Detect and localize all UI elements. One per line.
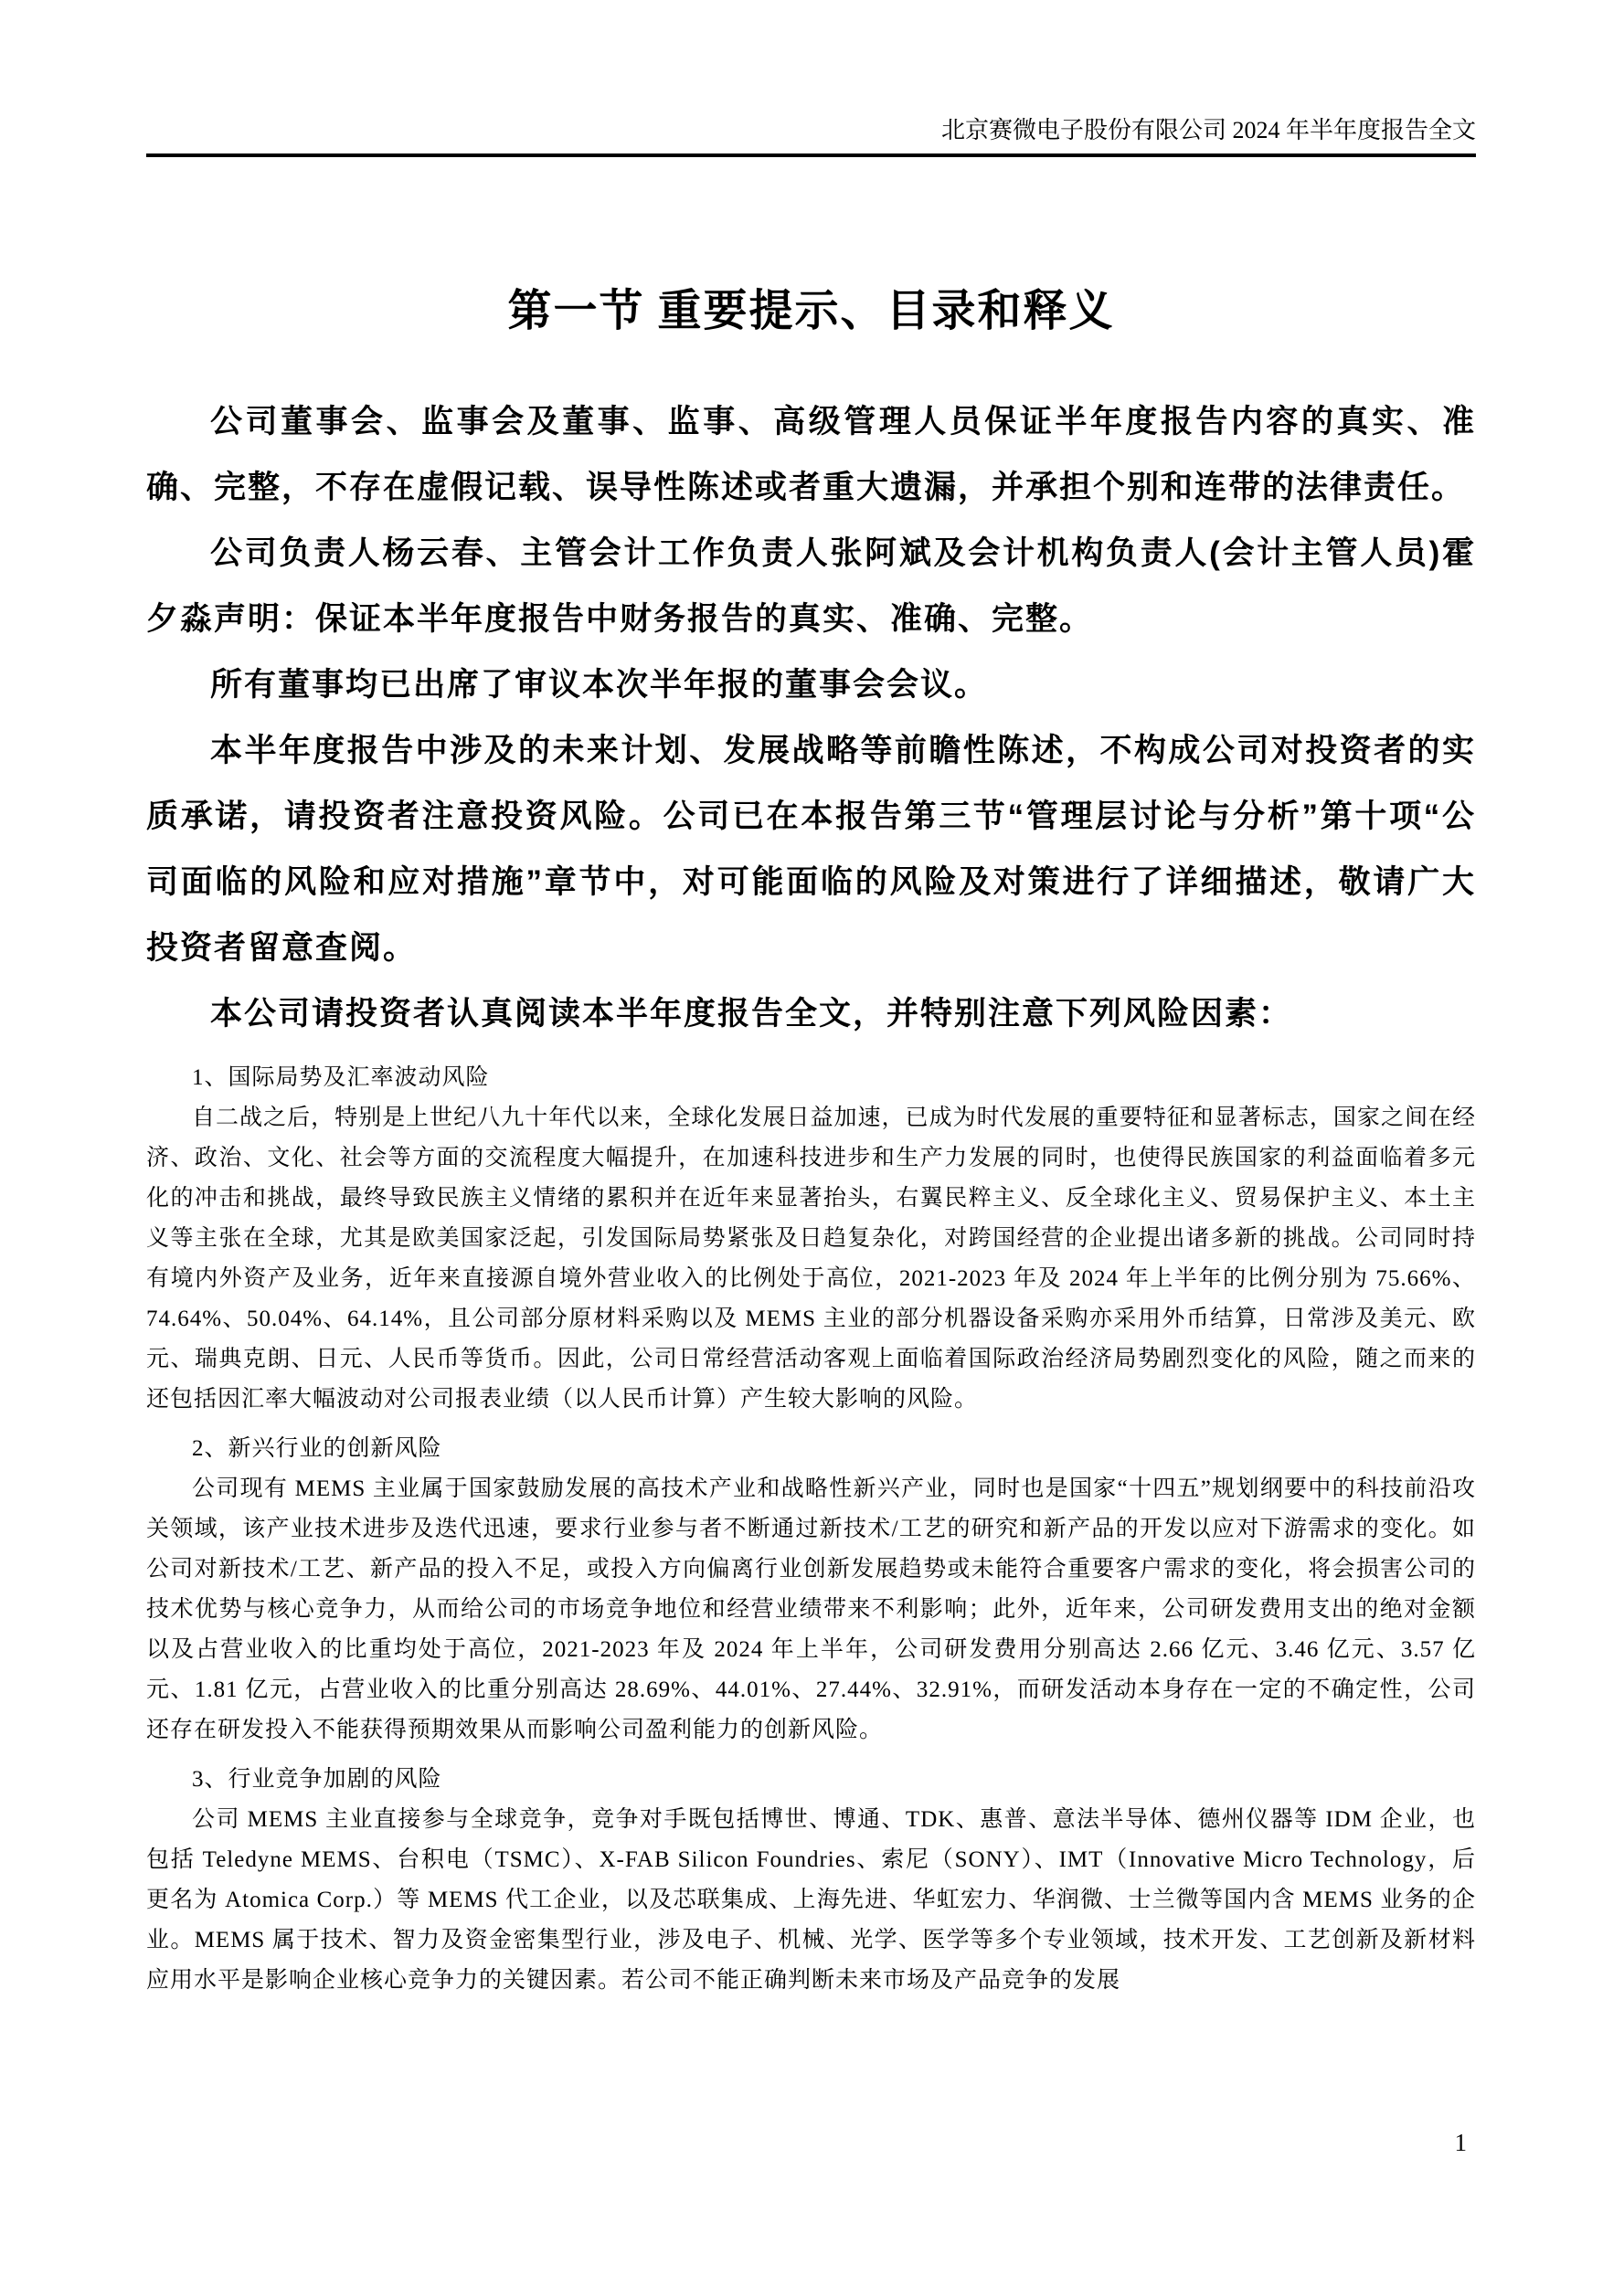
document-header: 北京赛微电子股份有限公司 2024 年半年度报告全文 [146,0,1476,146]
statement-paragraph: 所有董事均已出席了审议本次半年报的董事会会议。 [146,652,1476,718]
report-page: 北京赛微电子股份有限公司 2024 年半年度报告全文 第一节 重要提示、目录和释… [0,0,1624,2296]
header-rule [146,153,1476,157]
page-content: 北京赛微电子股份有限公司 2024 年半年度报告全文 第一节 重要提示、目录和释… [0,0,1624,2001]
risk-heading-2: 2、新兴行业的创新风险 [146,1429,1476,1469]
statement-paragraph: 本公司请投资者认真阅读本半年度报告全文，并特别注意下列风险因素： [146,981,1476,1047]
risk-block-1: 1、国际局势及汇率波动风险 自二战之后，特别是上世纪八九十年代以来，全球化发展日… [146,1058,1476,1420]
statement-paragraph: 公司董事会、监事会及董事、监事、高级管理人员保证半年度报告内容的真实、准确、完整… [146,389,1476,521]
risk-heading-3: 3、行业竞争加剧的风险 [146,1760,1476,1800]
risk-body-2: 公司现有 MEMS 主业属于国家鼓励发展的高技术产业和战略性新兴产业，同时也是国… [146,1469,1476,1751]
risk-factors-section: 1、国际局势及汇率波动风险 自二战之后，特别是上世纪八九十年代以来，全球化发展日… [146,1058,1476,2001]
section-title: 第一节 重要提示、目录和释义 [146,285,1476,338]
statements-section: 公司董事会、监事会及董事、监事、高级管理人员保证半年度报告内容的真实、准确、完整… [146,389,1476,1047]
statement-paragraph: 本半年度报告中涉及的未来计划、发展战略等前瞻性陈述，不构成公司对投资者的实质承诺… [146,718,1476,981]
risk-block-2: 2、新兴行业的创新风险 公司现有 MEMS 主业属于国家鼓励发展的高技术产业和战… [146,1429,1476,1751]
risk-body-1: 自二战之后，特别是上世纪八九十年代以来，全球化发展日益加速，已成为时代发展的重要… [146,1098,1476,1420]
page-number: 1 [1455,2129,1468,2157]
risk-body-3: 公司 MEMS 主业直接参与全球竞争，竞争对手既包括博世、博通、TDK、惠普、意… [146,1800,1476,2001]
risk-block-3: 3、行业竞争加剧的风险 公司 MEMS 主业直接参与全球竞争，竞争对手既包括博世… [146,1760,1476,2001]
statement-paragraph: 公司负责人杨云春、主管会计工作负责人张阿斌及会计机构负责人(会计主管人员)霍夕淼… [146,521,1476,652]
risk-heading-1: 1、国际局势及汇率波动风险 [146,1058,1476,1098]
